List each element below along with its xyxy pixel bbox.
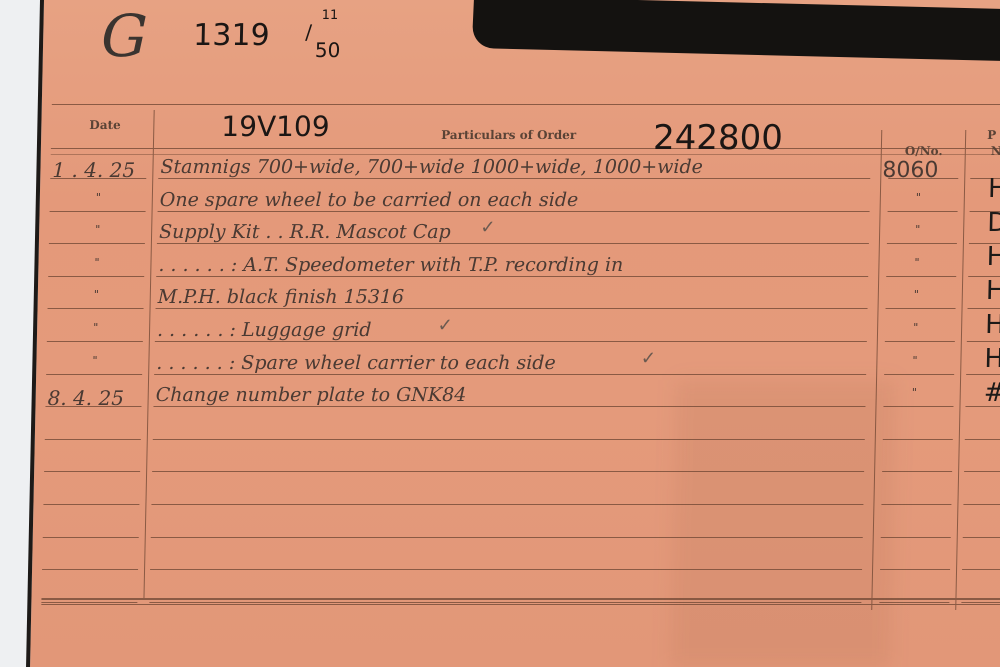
rule-bottom xyxy=(41,598,1000,600)
p-column-marks: H D H H H H # xyxy=(983,172,1000,410)
chassis-number: 1319 xyxy=(193,18,270,53)
entry-o-no: " xyxy=(916,191,921,204)
row-rule xyxy=(882,471,952,472)
rule-bottom-2 xyxy=(41,604,1000,605)
rule-header-2 xyxy=(51,154,1000,155)
check-mark-icon: ✓ xyxy=(437,315,453,336)
row-rule xyxy=(47,341,143,342)
check-mark-icon: ✓ xyxy=(641,348,657,369)
row-rule xyxy=(41,602,137,603)
col-divider-p xyxy=(955,130,966,610)
row-rule xyxy=(883,406,953,407)
row-rule xyxy=(888,211,958,212)
entry-particulars: M.P.H. black finish 15316 xyxy=(158,286,405,308)
row-rule xyxy=(49,243,145,244)
fraction-slash: / xyxy=(305,20,312,44)
row-rule xyxy=(963,504,1000,505)
rule-top xyxy=(52,104,1000,105)
card-initial: G xyxy=(101,2,149,70)
row-rule xyxy=(886,308,956,309)
header-date: Date xyxy=(89,118,121,132)
row-rule xyxy=(50,211,146,212)
header-p: P xyxy=(987,128,996,142)
row-rule xyxy=(881,504,951,505)
order-ref: 19V109 xyxy=(221,110,330,143)
row-rule xyxy=(884,374,954,375)
entry-date: 1 . 4. 25 xyxy=(52,158,135,182)
entry-date: " xyxy=(94,288,99,301)
row-rule xyxy=(158,211,870,212)
row-rule xyxy=(887,243,957,244)
row-rule xyxy=(153,439,865,440)
entry-particulars: Change number plate to GNK84 xyxy=(155,384,466,406)
entry-particulars: . . . . . . : A.T. Speedometer with T.P.… xyxy=(158,254,623,276)
row-rule xyxy=(48,308,144,309)
entry-o-no: " xyxy=(914,288,919,301)
row-rule xyxy=(880,569,950,570)
entry-date: " xyxy=(92,354,97,367)
entry-particulars: Stamnigs 700+wide, 700+wide 1000+wide, 1… xyxy=(160,156,703,178)
row-rule xyxy=(154,374,866,375)
entry-date: " xyxy=(95,223,100,236)
row-rule xyxy=(46,374,142,375)
entry-particulars: . . . . . . : Luggage grid xyxy=(157,319,372,341)
header-particulars: Particulars of Order xyxy=(441,128,576,142)
row-rule xyxy=(158,178,870,179)
entry-o-no: " xyxy=(912,386,917,399)
col-divider-date xyxy=(143,110,154,598)
entry-date: " xyxy=(93,321,98,334)
row-rule xyxy=(43,537,139,538)
row-rule xyxy=(151,537,863,538)
col-divider-ono xyxy=(871,130,882,610)
entry-date: " xyxy=(94,256,99,269)
row-rule xyxy=(150,569,862,570)
order-card: G 1319 11 / 50 Date 19V109 Particulars o… xyxy=(26,0,1000,667)
row-rule xyxy=(965,439,1000,440)
entry-o-no: " xyxy=(914,256,919,269)
row-rule xyxy=(152,471,864,472)
header-o-no: O/No. xyxy=(905,144,943,158)
entry-o-no: 8060 xyxy=(882,158,939,183)
entry-particulars: Supply Kit . . R.R. Mascot Cap xyxy=(159,221,451,243)
entry-o-no: " xyxy=(912,354,917,367)
header-p-sub: N xyxy=(991,144,1000,158)
card-tab-shadow xyxy=(472,0,1000,63)
entry-o-no: " xyxy=(915,223,920,236)
row-rule xyxy=(962,569,1000,570)
row-rule xyxy=(45,439,141,440)
row-rule xyxy=(43,504,139,505)
entry-o-no: " xyxy=(913,321,918,334)
row-rule xyxy=(42,569,138,570)
row-rule xyxy=(886,276,956,277)
row-rule xyxy=(881,537,951,538)
row-rule xyxy=(961,602,1000,603)
row-rule xyxy=(963,537,1000,538)
row-rule xyxy=(156,308,868,309)
entry-particulars: . . . . . . : Spare wheel carrier to eac… xyxy=(156,352,556,374)
row-rule xyxy=(964,471,1000,472)
row-rule xyxy=(149,602,861,603)
row-rule xyxy=(157,243,869,244)
order-number: 242800 xyxy=(653,118,784,158)
rule-header xyxy=(51,148,1000,149)
row-rule xyxy=(44,471,140,472)
row-rule xyxy=(48,276,144,277)
check-mark-icon: ✓ xyxy=(480,217,496,238)
entry-date: " xyxy=(96,191,101,204)
fraction-numerator: 11 xyxy=(322,8,339,23)
row-rule xyxy=(156,276,868,277)
entry-date: 8. 4. 25 xyxy=(47,386,124,410)
fraction-denominator: 50 xyxy=(315,38,341,62)
row-rule xyxy=(153,406,865,407)
row-rule xyxy=(879,602,949,603)
row-rule xyxy=(885,341,955,342)
entry-particulars: One spare wheel to be carried on each si… xyxy=(160,189,579,211)
row-rule xyxy=(151,504,863,505)
row-rule xyxy=(883,439,953,440)
row-rule xyxy=(155,341,867,342)
